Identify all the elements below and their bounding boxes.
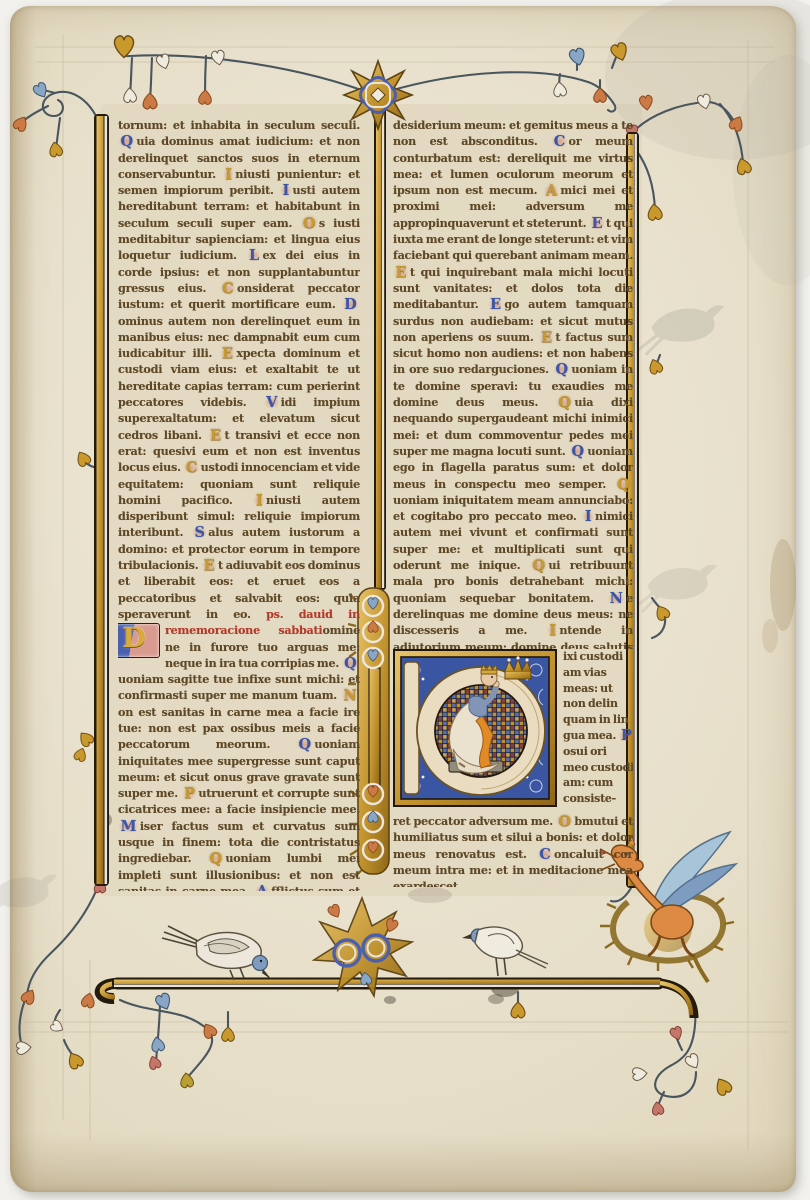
lombard-initial-Q: Q [207, 852, 224, 865]
lombard-initial-O: O [556, 815, 573, 828]
lombard-initial-I: I [253, 494, 265, 507]
left-bar [94, 114, 109, 886]
lombard-initial-E: E [220, 347, 236, 360]
narrow-line: consiste- [563, 791, 633, 807]
lombard-initial-E: E [208, 429, 224, 442]
right-column-upper-text: desiderium meum: et gemitus meus a te no… [393, 117, 633, 649]
psalm-text: am vias [563, 666, 607, 679]
lombard-initial-Q: Q [569, 445, 586, 458]
miniature-king-david [393, 649, 557, 807]
lombard-initial-I: I [280, 184, 292, 197]
psalm-text: ret peccator adversum me. [393, 814, 556, 828]
lombard-initial-E: E [201, 559, 217, 572]
lombard-initial-C: C [183, 461, 199, 474]
narrow-line: am: cum [563, 775, 633, 791]
floating-crown [505, 656, 531, 679]
narrow-line: meas: ut [563, 681, 633, 697]
lombard-initial-P: P [182, 787, 198, 800]
lombard-initial-I: I [223, 168, 235, 181]
lombard-initial-C: C [220, 282, 236, 295]
lombard-initial-Q: Q [296, 738, 313, 751]
lombard-initial-A: A [254, 885, 270, 891]
lombard-initial-E: E [589, 217, 605, 230]
bottom-bar [100, 978, 694, 1019]
lombard-initial-E: E [488, 298, 504, 311]
narrow-line: am vias [563, 665, 633, 681]
lombard-initial-I: I [582, 510, 594, 523]
narrow-line: osui ori [563, 744, 633, 760]
psalm-text: quam in lin [563, 713, 629, 726]
narrow-line: ixi custodi [563, 649, 633, 665]
lombard-initial-Q: Q [553, 363, 570, 376]
lombard-initial-Q: Q [342, 657, 359, 670]
lombard-initial-N: N [341, 689, 359, 702]
lombard-initial-C: C [537, 848, 553, 861]
psalm-text: ixi custodi [563, 650, 623, 663]
lombard-initial-O: O [300, 217, 317, 230]
manuscript-photo: tornum: et inhabita in seculum seculi. Q… [0, 0, 810, 1200]
psalm-text: consiste- [563, 792, 616, 805]
psalm-text: non delin [563, 697, 618, 710]
psalm-text: tornum: et inhabita in seculum seculi. [118, 118, 360, 132]
lombard-initial-D: D [342, 298, 359, 311]
bird-pecking [162, 926, 272, 980]
lombard-initial-M: M [118, 820, 139, 833]
lombard-initial-I: I [547, 624, 559, 637]
narrow-line: non delin [563, 696, 633, 712]
text-column-left: tornum: et inhabita in seculum seculi. Q… [118, 117, 360, 891]
psalm-text: meas: ut [563, 682, 613, 695]
text-column-right: desiderium meum: et gemitus meus a te no… [393, 117, 633, 891]
lombard-initial-A: A [543, 184, 559, 197]
lombard-initial-V: V [264, 396, 280, 409]
middle-bar [374, 106, 386, 590]
lombard-initial-C: C [551, 135, 567, 148]
right-column-lower-text: ret peccator adversum me. Obmutui et hum… [393, 813, 633, 887]
narrow-line: gua mea. P [563, 728, 633, 744]
right-column-miniature-row: ixi custodiam viasmeas: utnon delinquam … [393, 649, 633, 811]
psalm-text: gua mea. [563, 729, 618, 742]
initial-domine: D [118, 623, 160, 658]
lombard-initial-E: E [393, 266, 409, 279]
lombard-initial-E: E [539, 331, 555, 344]
lombard-initial-Q: Q [118, 135, 135, 148]
bird-standing [462, 927, 548, 976]
lombard-initial-L: L [247, 249, 262, 262]
narrow-line: quam in lin [563, 712, 633, 728]
lombard-initial-Q: Q [615, 478, 632, 491]
lombard-initial-Q: Q [530, 559, 547, 572]
lombard-initial-Q: Q [556, 396, 573, 409]
psalm-text: am: cum [563, 776, 613, 789]
lombard-initial-S: S [192, 526, 207, 539]
narrow-text-beside-miniature: ixi custodiam viasmeas: utnon delinquam … [563, 649, 633, 807]
historiated-initial-miniature [393, 649, 557, 807]
psalm-text: uoniam sagitte tue infixe sunt michi: et… [118, 672, 360, 702]
lombard-initial-P: P [618, 729, 633, 742]
psalm-text: meo custodi [563, 761, 633, 774]
psalm-text: osui ori [563, 745, 607, 758]
lombard-initial-N: N [607, 592, 625, 605]
narrow-line: meo custodi [563, 760, 633, 776]
